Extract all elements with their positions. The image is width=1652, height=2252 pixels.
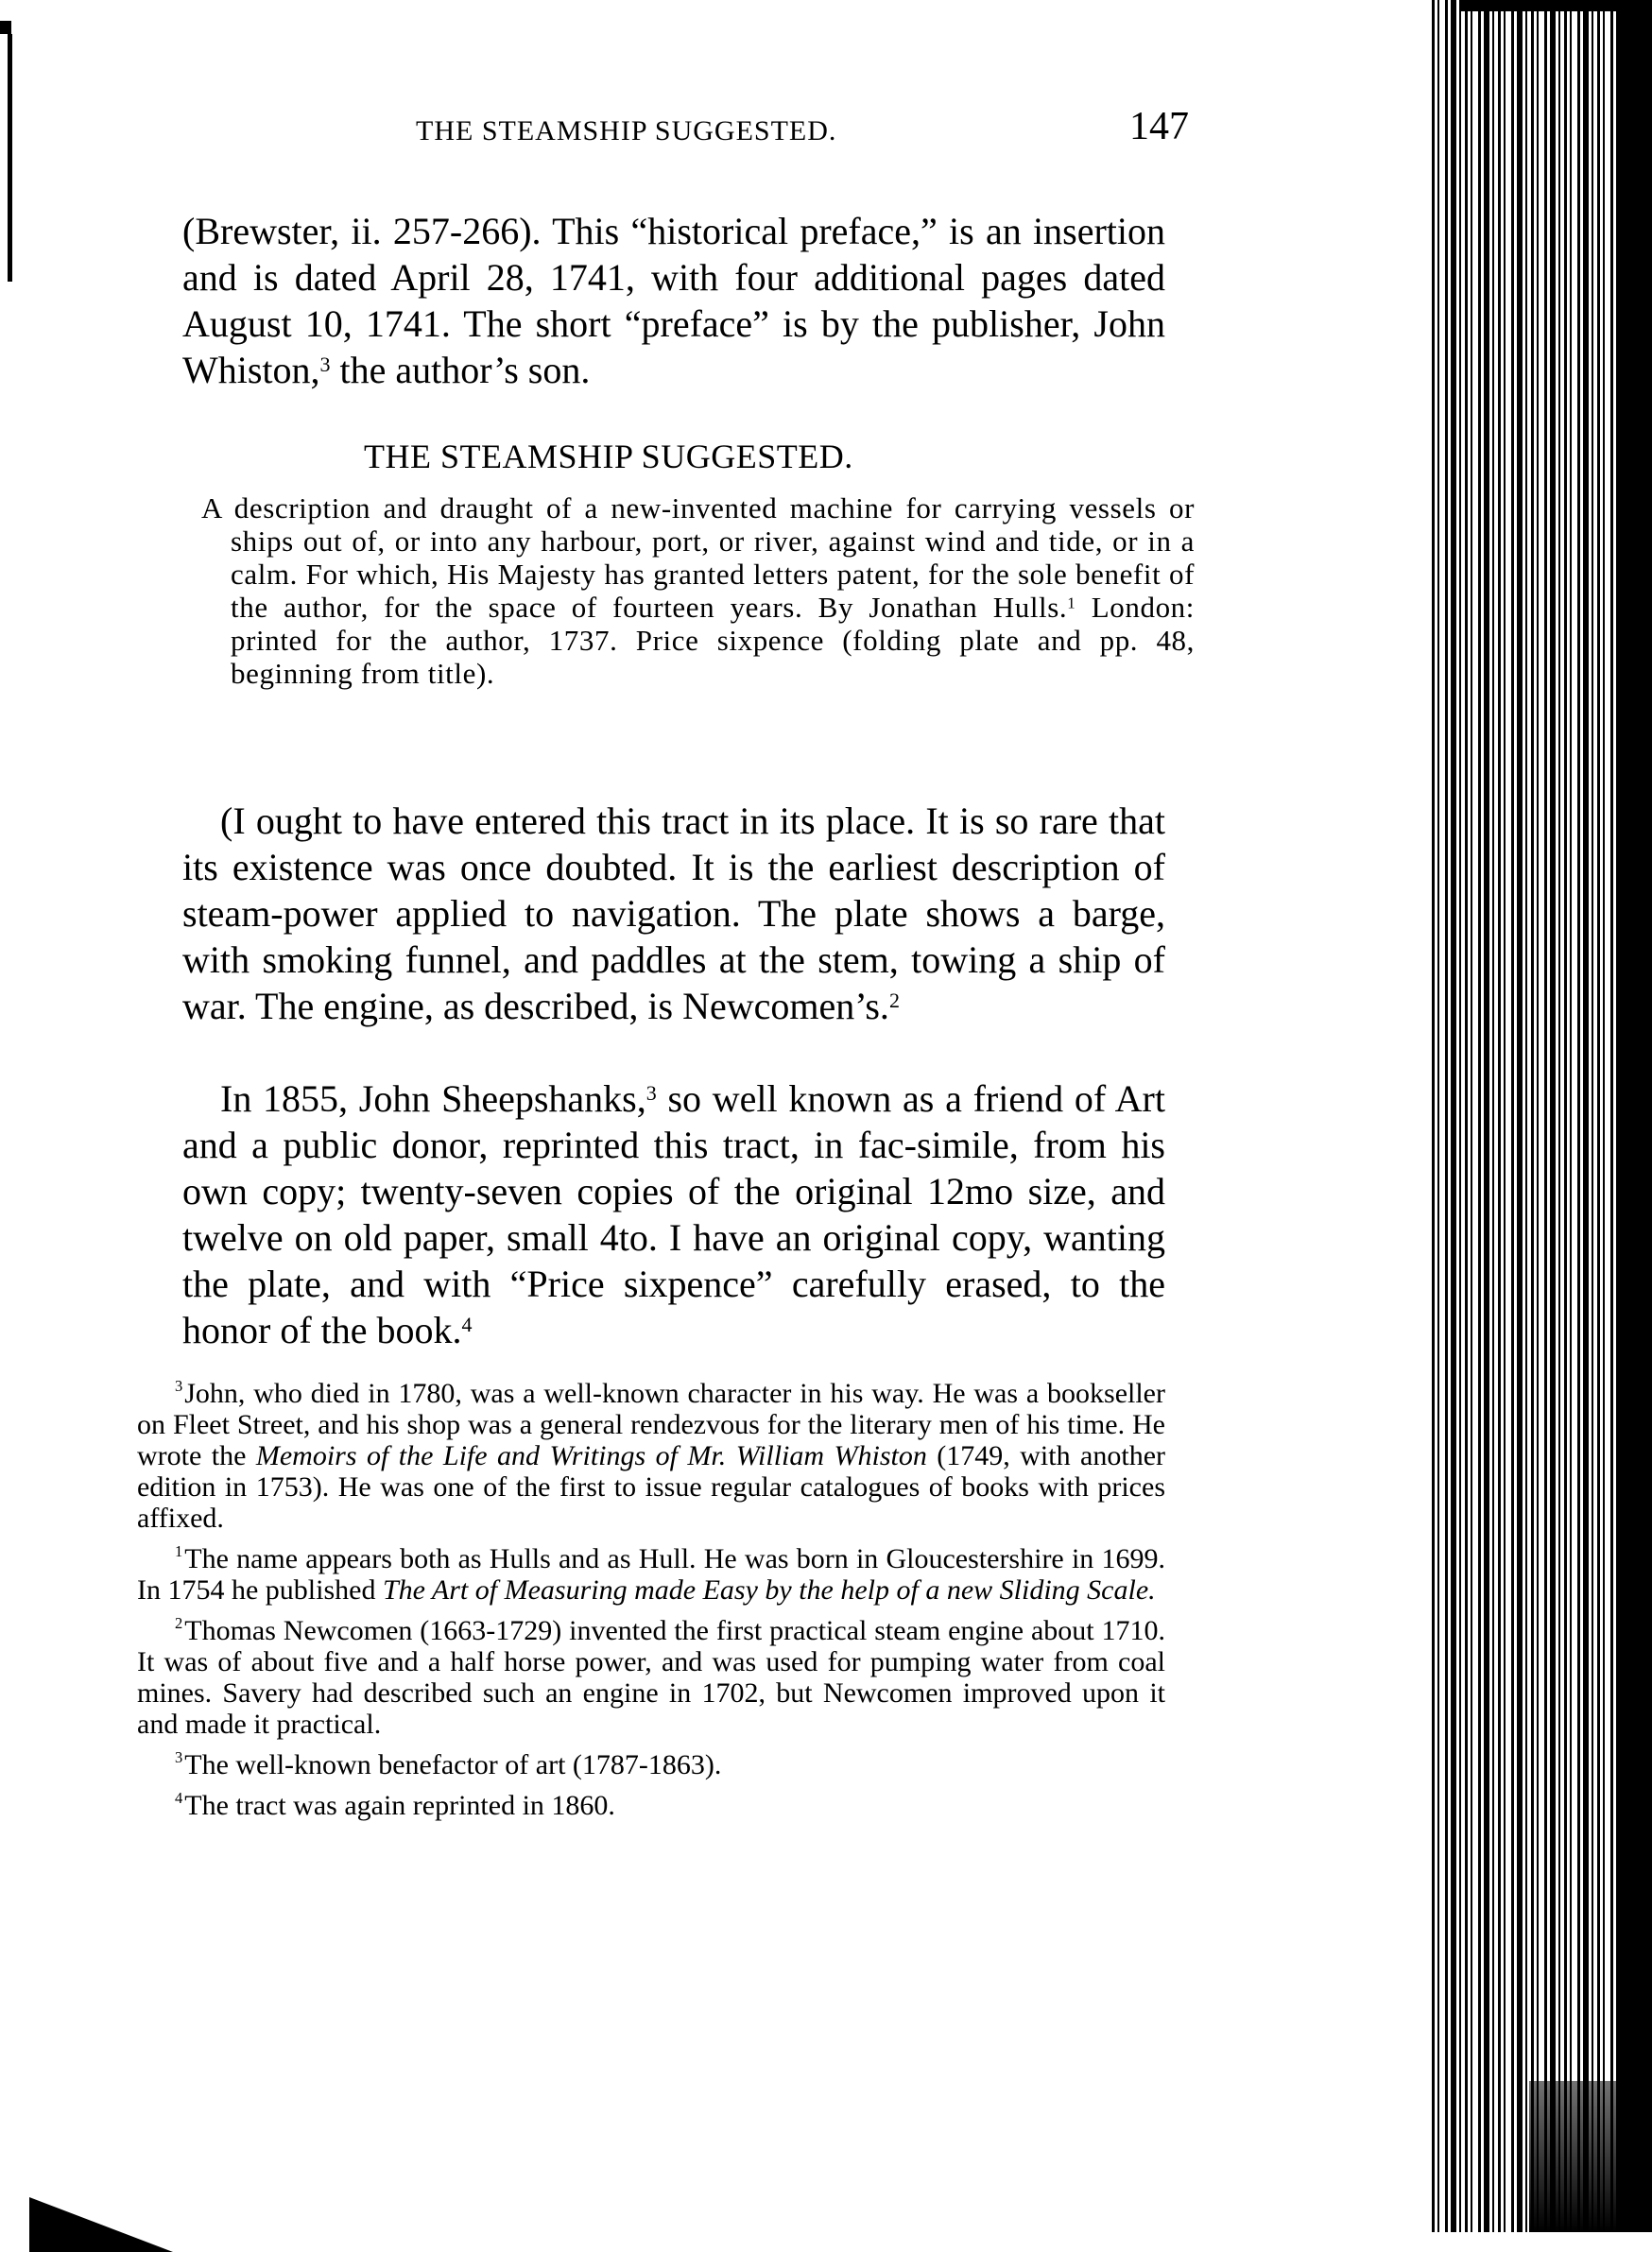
paragraph-continuation: (Brewster, ii. 257-266). This “historica… bbox=[182, 208, 1165, 393]
footnote-mark: 1 bbox=[175, 1542, 182, 1560]
section-heading: THE STEAMSHIP SUGGESTED. bbox=[364, 437, 853, 476]
footnote-ref: 3 bbox=[320, 352, 331, 376]
footnote-text: The well-known benefactor of art (1787-1… bbox=[184, 1749, 721, 1780]
paragraph: (I ought to have entered this tract in i… bbox=[182, 798, 1165, 1029]
page-stack-edge bbox=[1432, 0, 1652, 2232]
footnote-ref: 2 bbox=[889, 988, 900, 1012]
footnote: 2Thomas Newcomen (1663-1729) invented th… bbox=[137, 1615, 1165, 1740]
footnote-italic-title: The Art of Measuring made Easy by the he… bbox=[383, 1574, 1156, 1606]
footnote-italic-title: Memoirs of the Life and Writings of Mr. … bbox=[256, 1440, 927, 1471]
footnote-mark: 3 bbox=[175, 1748, 182, 1766]
paragraph-text: In 1855, John Sheepshanks, bbox=[220, 1077, 646, 1120]
footnote: 3The well-known benefactor of art (1787-… bbox=[137, 1749, 1165, 1780]
page-stack-right-shadow bbox=[1619, 0, 1652, 2232]
corner-shadow-wedge bbox=[29, 2197, 173, 2252]
footnote: 1The name appears both as Hulls and as H… bbox=[137, 1543, 1165, 1606]
bibliographic-entry: A description and draught of a new-inven… bbox=[201, 491, 1195, 690]
footnote: 4The tract was again reprinted in 1860. bbox=[137, 1790, 1165, 1821]
running-head: THE STEAMSHIP SUGGESTED. bbox=[416, 115, 836, 147]
footnote-mark: 2 bbox=[175, 1614, 182, 1632]
paragraph-text: the author’s son. bbox=[331, 349, 591, 391]
paragraph: In 1855, John Sheepshanks,3 so well know… bbox=[182, 1075, 1165, 1353]
footnote-mark: 3 bbox=[175, 1377, 182, 1395]
footnote-text: Thomas Newcomen (1663-1729) invented the… bbox=[137, 1615, 1165, 1740]
page-stack-bottom-shadow bbox=[1529, 2081, 1652, 2232]
binding-edge-line bbox=[8, 34, 12, 282]
footnote-ref: 4 bbox=[462, 1313, 473, 1336]
paragraph-text: (I ought to have entered this tract in i… bbox=[182, 799, 1165, 1027]
footnotes: 3John, who died in 1780, was a well-know… bbox=[137, 1378, 1165, 1831]
footnote-ref: 3 bbox=[646, 1081, 657, 1105]
bibliographic-text: A description and draught of a new-inven… bbox=[201, 491, 1195, 624]
footnote: 3John, who died in 1780, was a well-know… bbox=[137, 1378, 1165, 1534]
binding-edge bbox=[0, 21, 13, 285]
binding-edge-cap bbox=[0, 21, 11, 34]
footnote-mark: 4 bbox=[175, 1789, 182, 1807]
footnote-text: The tract was again reprinted in 1860. bbox=[184, 1790, 615, 1821]
page-number: 147 bbox=[1129, 104, 1189, 149]
